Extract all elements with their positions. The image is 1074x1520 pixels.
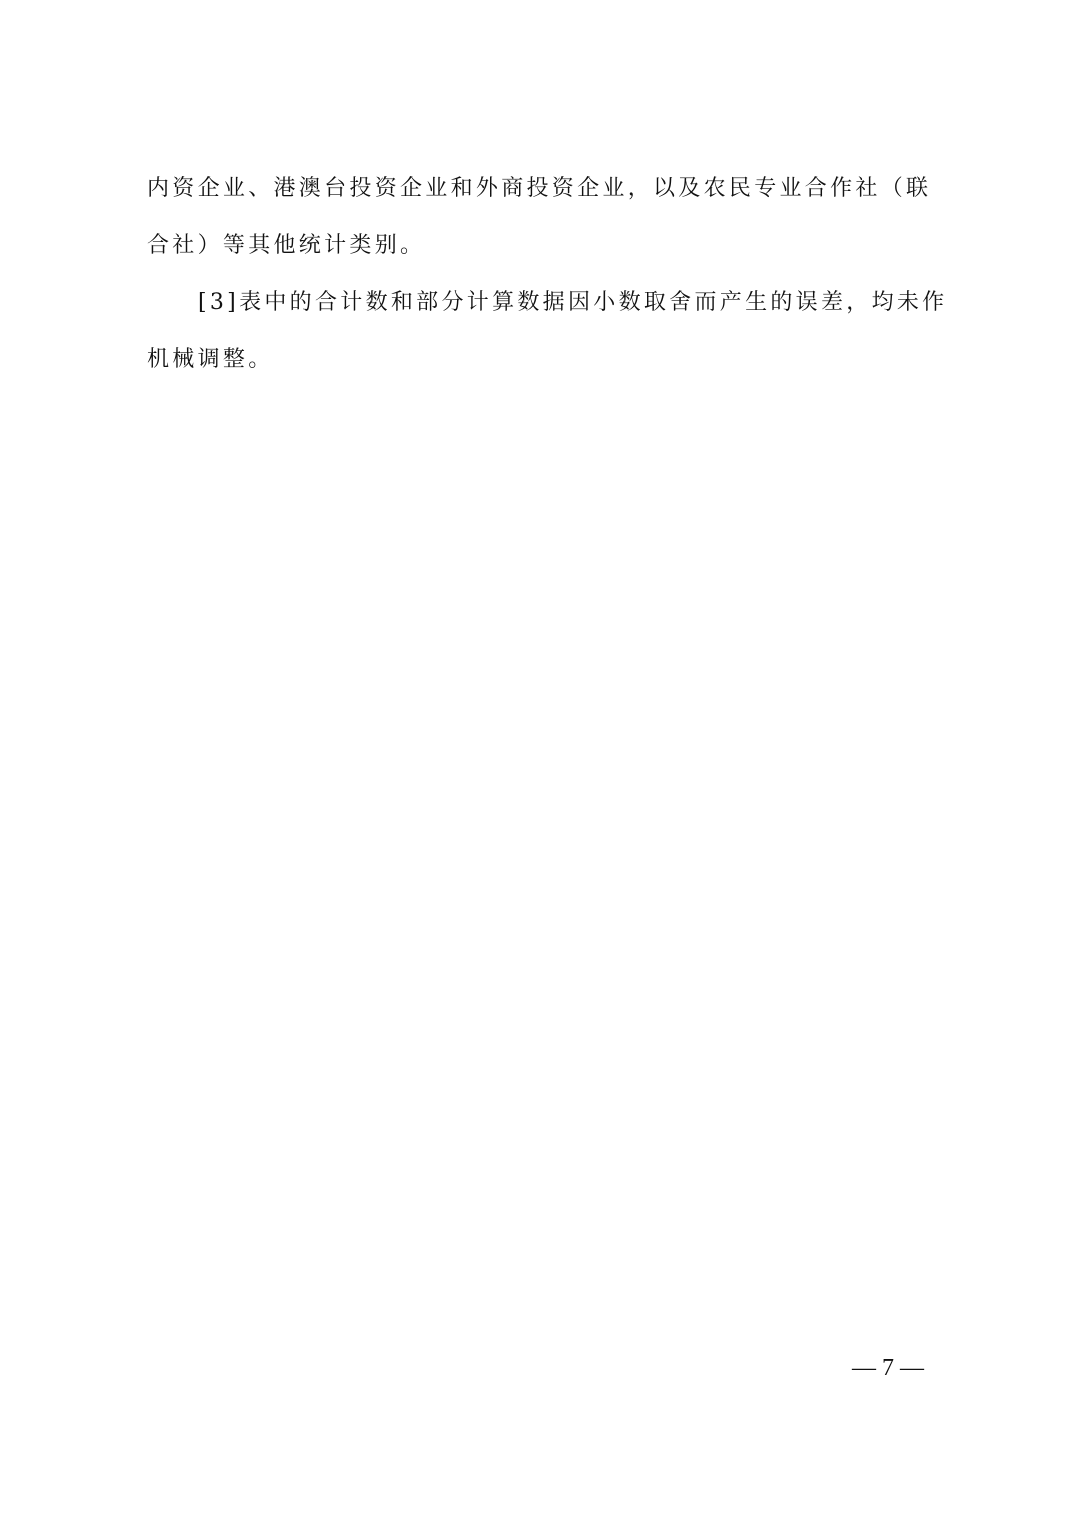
paragraph-line: 机械调整。	[147, 339, 932, 381]
document-page: 内资企业、港澳台投资企业和外商投资企业，以及农民专业合作社（联 合社）等其他统计…	[0, 0, 1074, 1520]
paragraph-line: 合社）等其他统计类别。	[147, 225, 932, 267]
notes-text-block: 内资企业、港澳台投资企业和外商投资企业，以及农民专业合作社（联 合社）等其他统计…	[147, 168, 932, 396]
page-number: — 7 —	[852, 1355, 924, 1382]
footnote-3-line: [3]表中的合计数和部分计算数据因小数取舍而产生的误差，均未作	[147, 282, 932, 324]
paragraph-line: 内资企业、港澳台投资企业和外商投资企业，以及农民专业合作社（联	[147, 168, 932, 210]
